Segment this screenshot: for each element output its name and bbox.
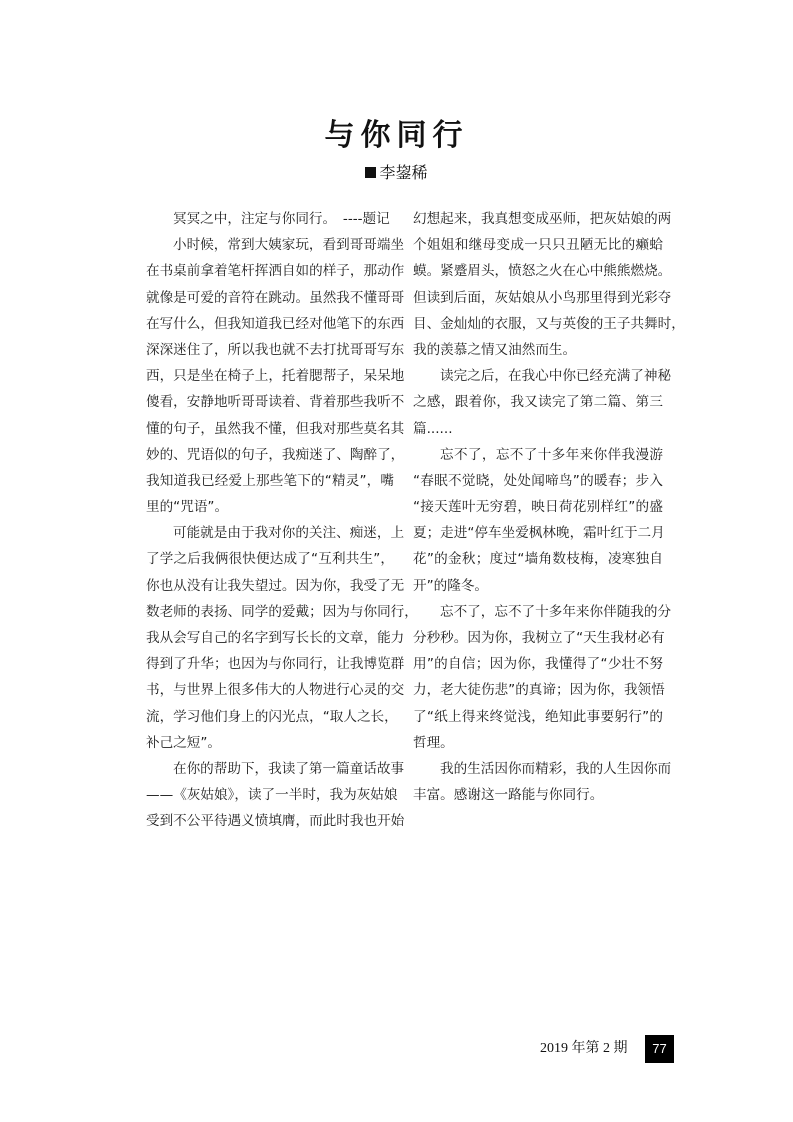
author-byline: 李鋆稀 (0, 162, 793, 184)
text-line: “接天莲叶无穷碧，映日荷花别样红”的盛 (413, 494, 663, 520)
issue-label: 2019 年第 2 期 (540, 1037, 628, 1061)
text-line: 蟆。紧蹙眉头，愤怒之火在心中熊熊燃烧。 (413, 258, 663, 284)
text-line: 了学之后我俩很快便达成了“互利共生”， (146, 546, 394, 572)
text-line: 但读到后面，灰姑娘从小鸟那里得到光彩夺 (413, 285, 663, 311)
text-line: 在写什么，但我知道我已经对他笔下的东西 (146, 311, 394, 337)
text-line: 之感，跟着你，我又读完了第二篇、第三 (413, 389, 663, 415)
text-line: 我从会写自己的名字到写长长的文章，能力 (146, 625, 394, 651)
text-line: 篇...... (413, 416, 663, 442)
text-line: 夏；走进“停车坐爱枫林晚，霜叶红于二月 (413, 520, 663, 546)
text-line: 受到不公平待遇义愤填膺，而此时我也开始 (146, 808, 394, 834)
text-line: 力，老大徒伤悲”的真谛；因为你，我领悟 (413, 677, 663, 703)
text-line: 深深迷住了，所以我也就不去打扰哥哥写东 (146, 337, 394, 363)
text-line: 我知道我已经爱上那些笔下的“精灵”，嘴 (146, 468, 394, 494)
text-line: ——《灰姑娘》，读了一半时，我为灰姑娘 (146, 782, 394, 808)
text-line: 就像是可爱的音符在跳动。虽然我不懂哥哥 (146, 285, 394, 311)
text-line: 你也从没有让我失望过。因为你，我受了无 (146, 573, 394, 599)
author-marker-square-icon (365, 167, 376, 178)
article-title: 与你同行 (0, 118, 793, 154)
text-line: 哲理。 (413, 730, 663, 756)
text-line: 目、金灿灿的衣服，又与英俊的王子共舞时， (413, 311, 663, 337)
text-line: 我的羡慕之情又油然而生。 (413, 337, 663, 363)
text-line: 傻看，安静地听哥哥读着、背着那些我听不 (146, 389, 394, 415)
text-line: 得到了升华；也因为与你同行，让我博览群 (146, 651, 394, 677)
text-line: 流，学习他们身上的闪光点，“取人之长， (146, 704, 394, 730)
text-line: 西，只是坐在椅子上，托着腮帮子，呆呆地 (146, 363, 394, 389)
text-line: 里的“咒语”。 (146, 494, 394, 520)
text-line: 个姐姐和继母变成一只只丑陋无比的癞蛤 (413, 232, 663, 258)
text-line: 在你的帮助下，我读了第一篇童话故事 (146, 756, 394, 782)
text-line: 用”的自信；因为你，我懂得了“少壮不努 (413, 651, 663, 677)
text-line: 分秒秒。因为你，我树立了“天生我材必有 (413, 625, 663, 651)
text-line: 丰富。感谢这一路能与你同行。 (413, 782, 663, 808)
text-line: “春眠不觉晓，处处闻啼鸟”的暖春；步入 (413, 468, 663, 494)
text-line: 了“纸上得来终觉浅，绝知此事要躬行”的 (413, 704, 663, 730)
text-line: 我的生活因你而精彩，我的人生因你而 (413, 756, 663, 782)
text-line: 忘不了，忘不了十多年来你伴随我的分 (413, 599, 663, 625)
text-line: 懂的句子，虽然我不懂，但我对那些莫名其 (146, 416, 394, 442)
page-number: 77 (645, 1035, 674, 1063)
text-line: 数老师的表扬、同学的爱戴；因为与你同行， (146, 599, 394, 625)
text-line: 冥冥之中，注定与你同行。 ----题记 (146, 206, 394, 232)
text-line: 花”的金秋；度过“墙角数枝梅，凌寒独自 (413, 546, 663, 572)
text-line: 幻想起来，我真想变成巫师，把灰姑娘的两 (413, 206, 663, 232)
text-line: 读完之后，在我心中你已经充满了神秘 (413, 363, 663, 389)
text-line: 妙的、咒语似的句子，我痴迷了、陶醉了， (146, 442, 394, 468)
text-line: 在书桌前拿着笔杆挥洒自如的样子，那动作 (146, 258, 394, 284)
text-line: 忘不了，忘不了十多年来你伴我漫游 (413, 442, 663, 468)
author-name: 李鋆稀 (379, 163, 427, 182)
right-column: 幻想起来，我真想变成巫师，把灰姑娘的两个姐姐和继母变成一只只丑陋无比的癞蛤蟆。紧… (413, 206, 663, 808)
text-line: 书，与世界上很多伟大的人物进行心灵的交 (146, 677, 394, 703)
text-line: 可能就是由于我对你的关注、痴迷，上 (146, 520, 394, 546)
text-line: 开”的隆冬。 (413, 573, 663, 599)
text-line: 补己之短”。 (146, 730, 394, 756)
text-line: 小时候，常到大姨家玩，看到哥哥端坐 (146, 232, 394, 258)
left-column: 冥冥之中，注定与你同行。 ----题记小时候，常到大姨家玩，看到哥哥端坐在书桌前… (146, 206, 394, 835)
